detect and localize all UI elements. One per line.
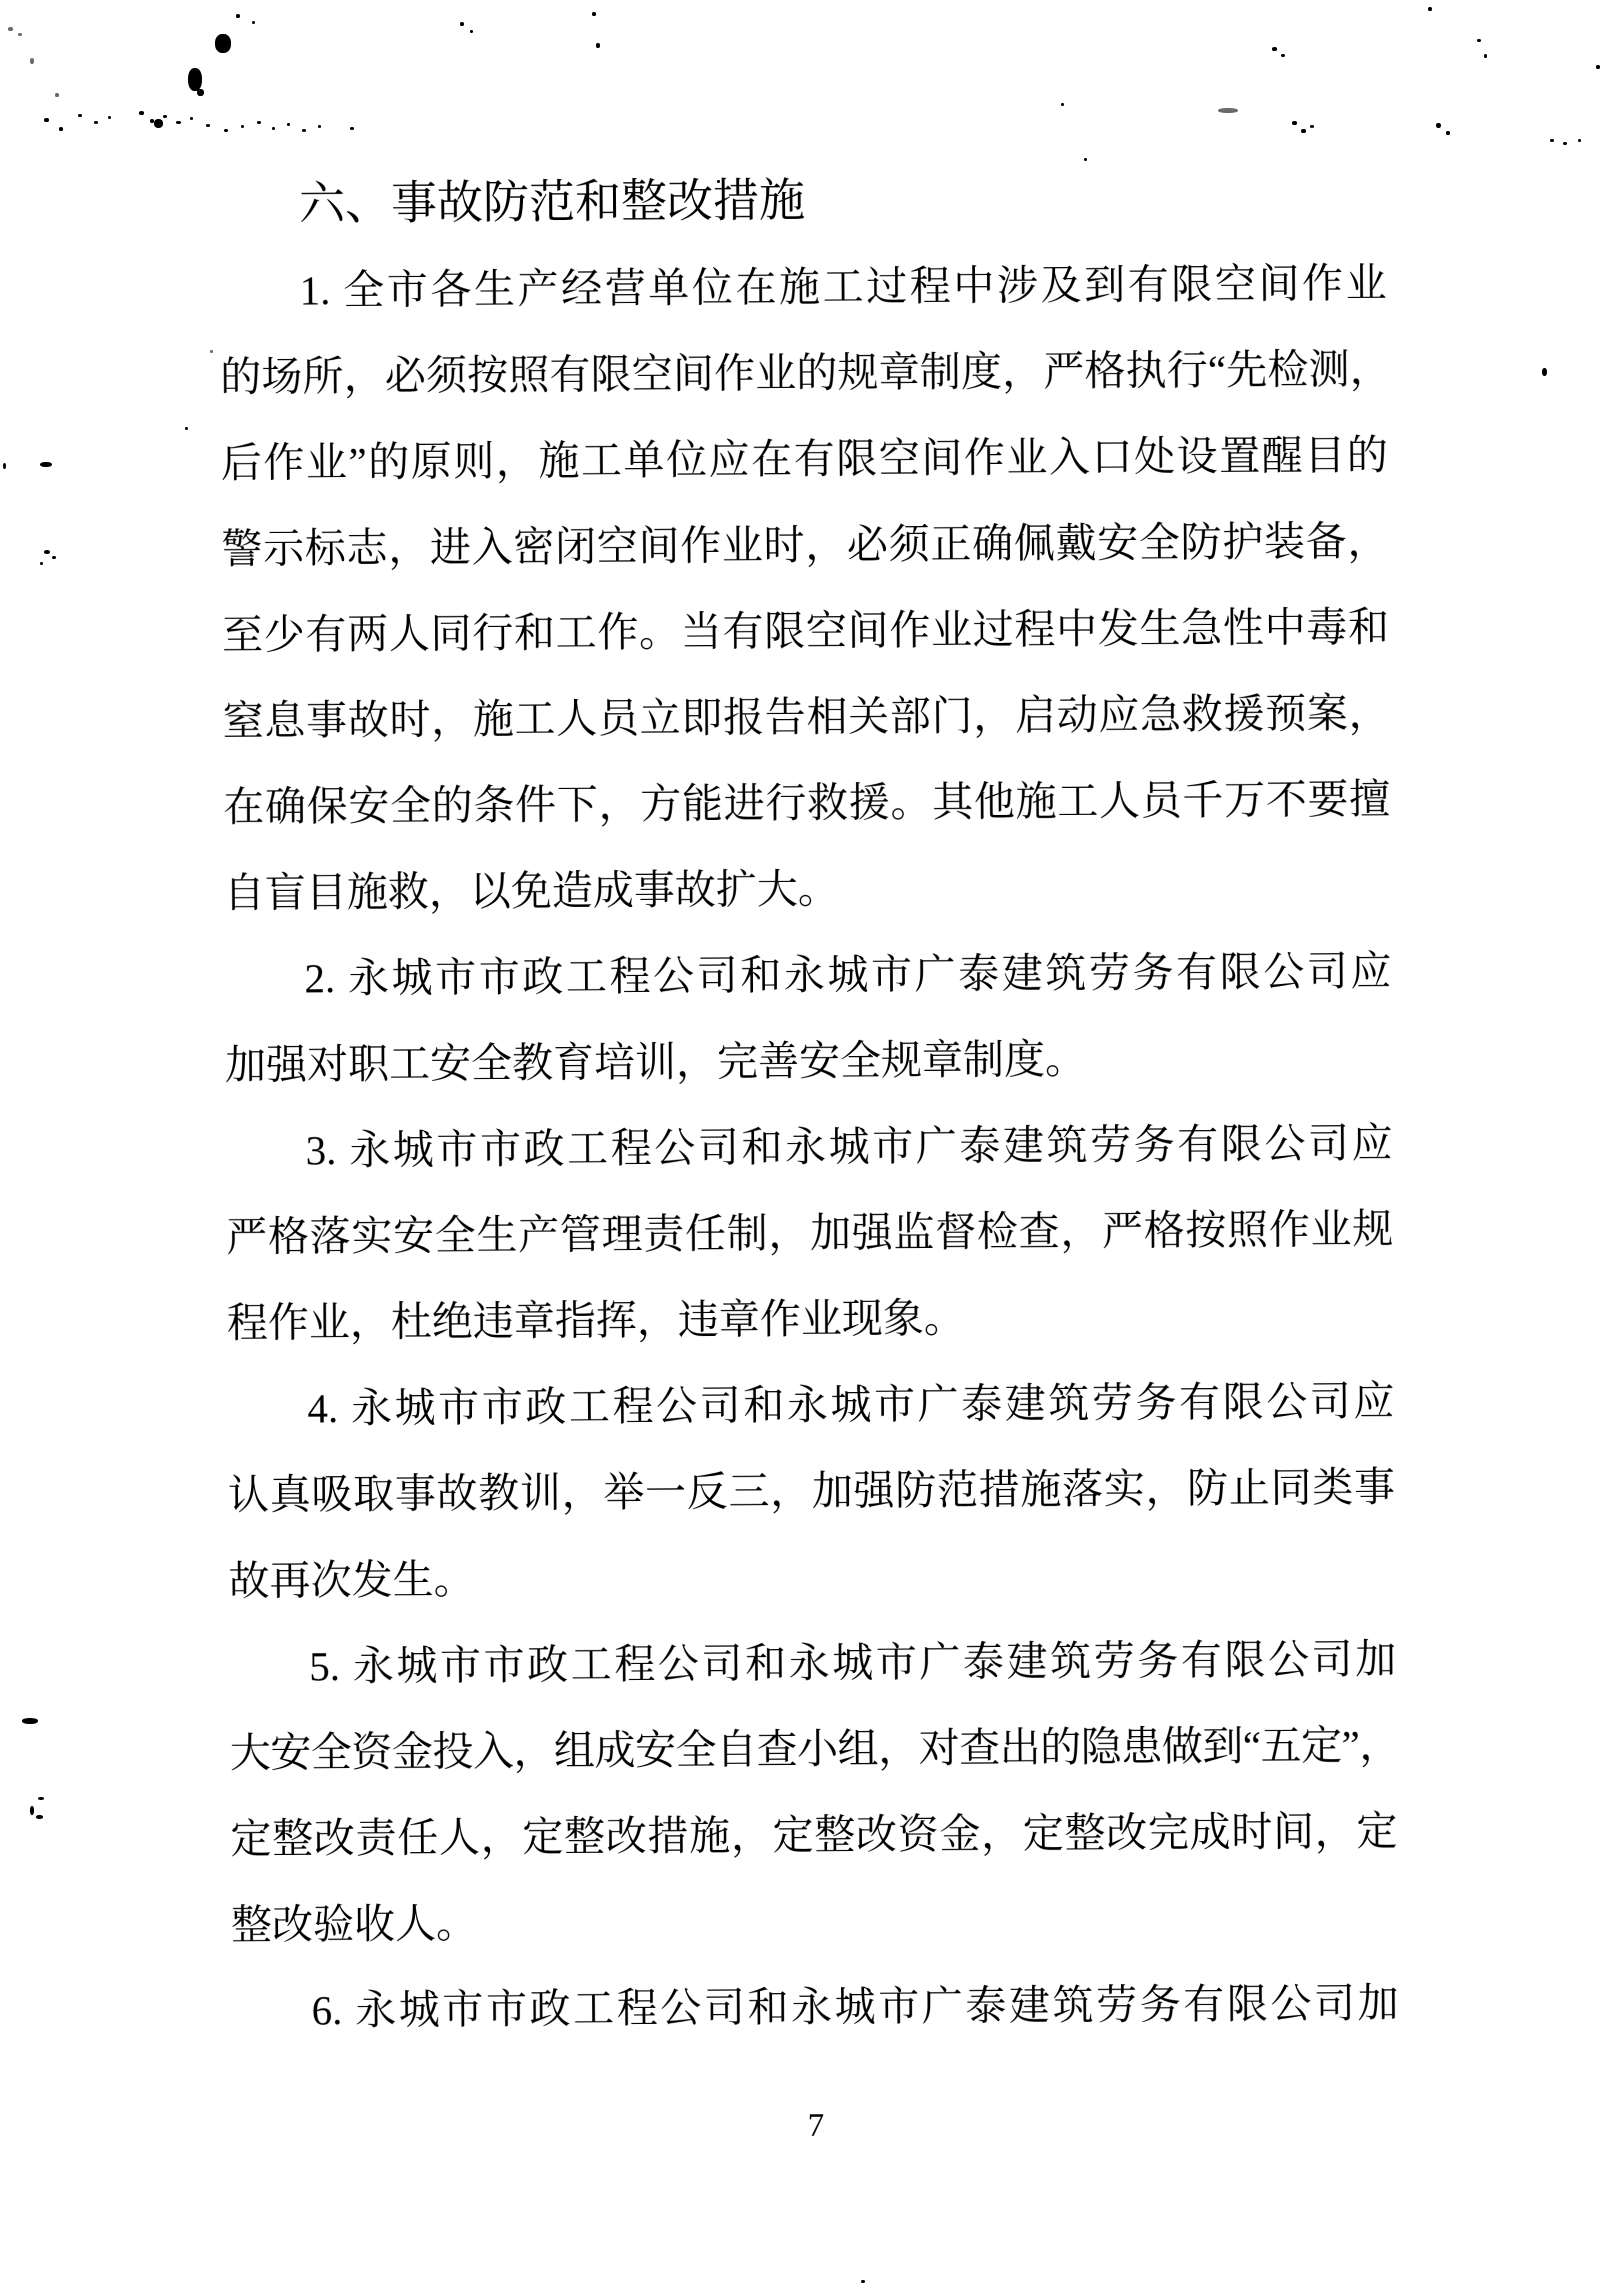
scan-noise-speck: [3, 463, 6, 469]
text-line: 后作业”的原则，施工单位应在有限空间作业入口处设置醒目的: [221, 412, 1389, 506]
scan-noise-speck: [94, 121, 98, 124]
scan-noise-speck: [210, 350, 213, 353]
scan-noise-speck: [59, 127, 63, 131]
text-line: 整改验收人。: [231, 1874, 1399, 1968]
scan-noise-speck: [22, 1718, 38, 1724]
scan-noise-speck: [470, 30, 473, 33]
scan-noise-speck: [1310, 125, 1314, 128]
scan-noise-speck: [30, 58, 34, 64]
scan-noise-speck: [257, 121, 261, 124]
scan-noise-speck: [350, 127, 354, 130]
scan-noise-speck: [40, 562, 43, 565]
text-line: 加强对职工安全教育培训，完善安全规章制度。: [225, 1014, 1393, 1108]
text-line: 1. 全市各生产经营单位在施工过程中涉及到有限空间作业: [219, 240, 1387, 334]
scan-noise-speck: [190, 117, 193, 120]
text-line: 认真吸取事故教训，举一反三，加强防范措施落实，防止同类事: [228, 1444, 1396, 1538]
text-line: 3. 永城市市政工程公司和永城市广泰建筑劳务有限公司应: [225, 1100, 1393, 1194]
scan-noise-speck: [592, 12, 596, 16]
scan-noise-speck: [163, 115, 167, 118]
text-line: 4. 永城市市政工程公司和永城市广泰建筑劳务有限公司应: [227, 1358, 1395, 1452]
text-line: 在确保安全的条件下，方能进行救援。其他施工人员千万不要擅: [223, 756, 1391, 850]
text-line: 至少有两人同行和工作。当有限空间作业过程中发生急性中毒和: [222, 584, 1390, 678]
scan-noise-speck: [861, 2280, 865, 2283]
scan-noise-speck: [236, 14, 240, 18]
scan-noise-speck: [78, 114, 82, 117]
scan-noise-speck: [1563, 142, 1567, 145]
text-line: 故再次发生。: [228, 1530, 1396, 1624]
scan-noise-speck: [1484, 54, 1487, 58]
text-line: 6. 永城市市政工程公司和永城市广泰建筑劳务有限公司加: [231, 1960, 1399, 2054]
scan-noise-speck: [1436, 123, 1441, 128]
scan-noise-speck: [1578, 139, 1581, 142]
text-line: 定整改责任人，定整改措施，定整改资金，定整改完成时间，定: [230, 1788, 1398, 1882]
scan-noise-speck: [1061, 103, 1064, 106]
page-number: 7: [232, 2102, 1399, 2150]
scan-noise-speck: [1542, 368, 1547, 376]
scan-noise-speck: [1301, 129, 1306, 133]
scan-noise-speck: [40, 462, 52, 467]
scan-noise-speck: [150, 119, 154, 123]
scan-noise-speck: [176, 121, 181, 124]
text-line: 窒息事故时，施工人员立即报告相关部门，启动应急救援预案，: [222, 670, 1390, 764]
text-line: 自盲目施救，以免造成事故扩大。: [224, 842, 1392, 936]
text-line: 警示标志，进入密闭空间作业时，必须正确佩戴安全防护装备，: [221, 498, 1389, 592]
scan-noise-speck: [287, 123, 290, 126]
scan-noise-speck: [1272, 47, 1277, 51]
section-heading: 六、事故防范和整改措施: [219, 154, 1387, 248]
scan-noise-speck: [1218, 108, 1238, 113]
scan-noise-speck: [30, 1806, 34, 1815]
scan-noise-speck: [1596, 65, 1600, 69]
scan-noise-speck: [1428, 7, 1432, 11]
scan-noise-speck: [1292, 121, 1297, 125]
scan-noise-speck: [1446, 131, 1450, 135]
scan-noise-speck: [1477, 39, 1481, 42]
scan-noise-speck: [197, 89, 204, 96]
scan-noise-speck: [36, 1815, 43, 1819]
scan-noise-speck: [44, 118, 49, 122]
scan-noise-speck: [154, 119, 163, 128]
text-line: 的场所，必须按照有限空间作业的规章制度，严格执行“先检测，: [220, 326, 1388, 420]
scan-noise-speck: [460, 22, 464, 26]
scan-noise-speck: [241, 125, 244, 128]
scan-noise-speck: [272, 127, 275, 130]
text-line: 大安全资金投入，组成安全自查小组，对查出的隐患做到“五定”，: [230, 1702, 1398, 1796]
scan-noise-speck: [215, 34, 231, 53]
scan-noise-speck: [596, 43, 600, 48]
document-body: 六、事故防范和整改措施 1. 全市各生产经营单位在施工过程中涉及到有限空间作业 …: [219, 154, 1399, 2054]
scan-noise-speck: [1550, 139, 1554, 142]
scan-noise-speck: [185, 427, 188, 430]
scan-noise-speck: [55, 93, 59, 97]
text-line: 2. 永城市市政工程公司和永城市广泰建筑劳务有限公司应: [224, 928, 1392, 1022]
scan-noise-speck: [44, 550, 50, 554]
text-line: 5. 永城市市政工程公司和永城市广泰建筑劳务有限公司加: [229, 1616, 1397, 1710]
scan-noise-speck: [206, 124, 210, 127]
scan-noise-speck: [188, 68, 202, 91]
scan-noise-speck: [318, 125, 321, 128]
scanned-document-page: { "document": { "page_number": "7", "lin…: [0, 0, 1606, 2289]
text-line: 严格落实安全生产管理责任制，加强监督检查，严格按照作业规: [226, 1186, 1394, 1280]
scan-noise-speck: [302, 129, 306, 132]
scan-noise-speck: [224, 129, 228, 132]
scan-noise-speck: [1281, 54, 1285, 57]
scan-noise-speck: [139, 111, 144, 115]
scan-noise-speck: [252, 21, 255, 24]
scan-noise-speck: [18, 33, 22, 36]
scan-noise-speck: [108, 116, 111, 119]
scan-noise-speck: [8, 27, 13, 31]
scan-noise-speck: [38, 1797, 44, 1800]
scan-noise-speck: [52, 556, 56, 559]
text-line: 程作业，杜绝违章指挥，违章作业现象。: [227, 1272, 1395, 1366]
